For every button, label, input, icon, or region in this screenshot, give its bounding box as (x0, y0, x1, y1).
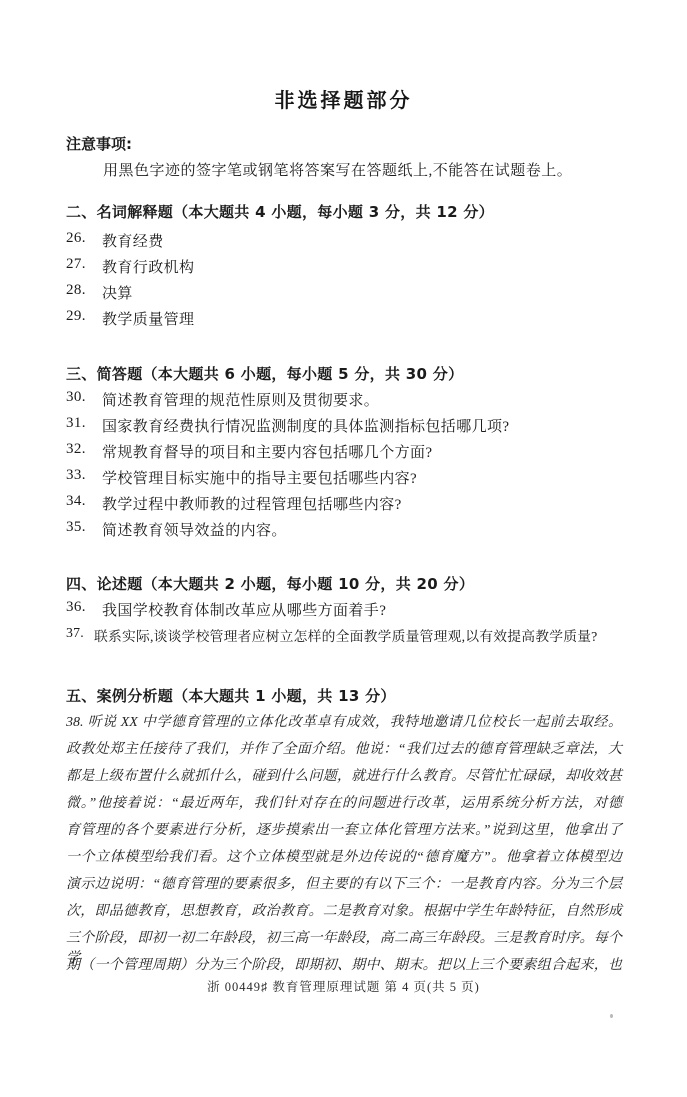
question-number: 36. (66, 599, 102, 620)
case-text-line: 育管理的各个要素进行分析，逐步摸索出一套立体化管理方法来。”说到这里，他拿出了 (66, 819, 622, 839)
notes-body: 用黑色字迹的签字笔或钢笔将答案写在答题纸上,不能答在试题卷上。 (103, 159, 572, 180)
scan-artifact-dot (610, 1014, 613, 1018)
question-number: 29. (66, 308, 102, 329)
question-number: 27. (66, 256, 102, 277)
question-text: 教育行政机构 (102, 256, 194, 277)
case-text-line: 演示边说明：“德育管理的要素很多，但主要的有以下三个：一是教育内容。分为三个层 (66, 873, 622, 893)
question-29: 29. 教学质量管理 (66, 308, 626, 329)
question-text: 常规教育督导的项目和主要内容包括哪几个方面? (102, 441, 432, 462)
case-text-line: 次，即品德教育，思想教育，政治教育。二是教育对象。根据中学生年龄特征，自然形成 (66, 900, 622, 920)
question-text: 教学质量管理 (102, 308, 194, 329)
section-heading-2: 二、名词解释题（本大题共 4 小题，每小题 3 分，共 12 分） (66, 201, 494, 222)
question-number: 33. (66, 467, 102, 488)
question-number: 37. (66, 625, 94, 645)
question-number: 30. (66, 389, 102, 410)
case-text-line: 微。”他接着说：“最近两年，我们针对存在的问题进行改革，运用系统分析方法，对德 (66, 792, 622, 812)
question-36: 36. 我国学校教育体制改革应从哪些方面着手? (66, 599, 626, 620)
question-text: 教学过程中教师教的过程管理包括哪些内容? (102, 493, 402, 514)
question-number: 34. (66, 493, 102, 514)
case-text-line: 38. 听说 XX 中学德育管理的立体化改革卓有成效，我特地邀请几位校长一起前去… (66, 711, 622, 731)
exam-paper-page: 非选择题部分 注意事项: 用黑色字迹的签字笔或钢笔将答案写在答题纸上,不能答在试… (0, 0, 687, 1097)
question-text: 教育经费 (102, 230, 164, 251)
question-number: 31. (66, 415, 102, 436)
question-text: 国家教育经费执行情况监测制度的具体监测指标包括哪几项? (102, 415, 509, 436)
question-26: 26. 教育经费 (66, 230, 626, 251)
question-30: 30. 简述教育管理的规范性原则及贯彻要求。 (66, 389, 626, 410)
question-32: 32. 常规教育督导的项目和主要内容包括哪几个方面? (66, 441, 626, 462)
question-number: 28. (66, 282, 102, 303)
question-text: 决算 (102, 282, 133, 303)
section-heading-3: 三、简答题（本大题共 6 小题，每小题 5 分，共 30 分） (66, 363, 463, 384)
case-text-line: 一个立体模型给我们看。这个立体模型就是外边传说的“德育魔方”。他拿着立体模型边 (66, 846, 622, 866)
question-37: 37. 联系实际,谈谈学校管理者应树立怎样的全面教学质量管理观,以有效提高教学质… (66, 625, 626, 645)
question-33: 33. 学校管理目标实施中的指导主要包括哪些内容? (66, 467, 626, 488)
question-text: 联系实际,谈谈学校管理者应树立怎样的全面教学质量管理观,以有效提高教学质量? (94, 625, 598, 645)
question-text: 我国学校教育体制改革应从哪些方面着手? (102, 599, 386, 620)
page-footer: 浙 00449♯ 教育管理原理试题 第 4 页(共 5 页) (0, 977, 687, 995)
question-31: 31. 国家教育经费执行情况监测制度的具体监测指标包括哪几项? (66, 415, 626, 436)
question-number: 26. (66, 230, 102, 251)
section-heading-4: 四、论述题（本大题共 2 小题，每小题 10 分，共 20 分） (66, 573, 474, 594)
case-text-line: 期（一个管理周期）分为三个阶段，即期初、期中、期末。把以上三个要素组合起来，也 (66, 954, 622, 974)
page-title: 非选择题部分 (0, 84, 687, 113)
section-heading-5: 五、案例分析题（本大题共 1 小题，共 13 分） (66, 685, 396, 706)
question-text: 简述教育领导效益的内容。 (102, 519, 287, 540)
question-35: 35. 简述教育领导效益的内容。 (66, 519, 626, 540)
case-text-line: 都是上级布置什么就抓什么，碰到什么问题，就进行什么教育。尽管忙忙碌碌，却收效甚 (66, 765, 622, 785)
question-text: 学校管理目标实施中的指导主要包括哪些内容? (102, 467, 417, 488)
question-28: 28. 决算 (66, 282, 626, 303)
notes-heading: 注意事项: (66, 133, 132, 154)
question-text: 简述教育管理的规范性原则及贯彻要求。 (102, 389, 379, 410)
case-text-line: 政教处郑主任接待了我们，并作了全面介绍。他说：“我们过去的德育管理缺乏章法，大 (66, 738, 622, 758)
question-34: 34. 教学过程中教师教的过程管理包括哪些内容? (66, 493, 626, 514)
question-number: 32. (66, 441, 102, 462)
question-27: 27. 教育行政机构 (66, 256, 626, 277)
question-number: 35. (66, 519, 102, 540)
